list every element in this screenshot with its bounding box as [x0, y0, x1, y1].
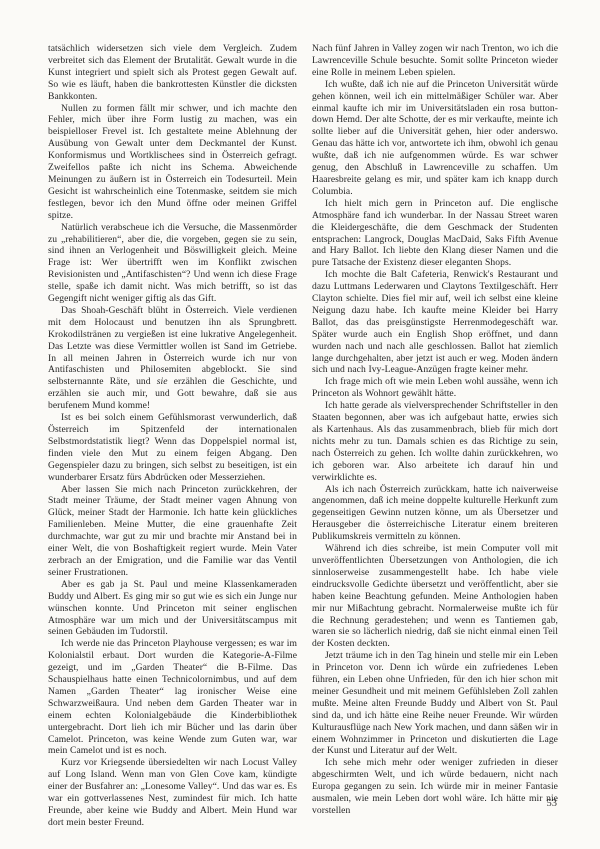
paragraph: Ich wußte, daß ich nie auf die Princeton… — [312, 79, 558, 198]
paragraph: Ich frage mich oft wie mein Leben wohl a… — [312, 376, 558, 400]
paragraph: Kurz vor Kriegsende übersiedelten wir na… — [48, 757, 297, 828]
left-column: tatsächlich widersetzen sich viele dem V… — [48, 43, 297, 829]
paragraph: Während ich dies schreibe, ist mein Comp… — [312, 543, 558, 650]
book-page: tatsächlich widersetzen sich viele dem V… — [0, 0, 600, 849]
paragraph: Ich hatte gerade als vielversprechender … — [312, 400, 558, 483]
right-column: Nach fünf Jahren in Valley zogen wir nac… — [312, 43, 558, 817]
paragraph: Als ich nach Österreich zurückkam, hatte… — [312, 484, 558, 544]
paragraph: Nach fünf Jahren in Valley zogen wir nac… — [312, 43, 558, 79]
paragraph: tatsächlich widersetzen sich viele dem V… — [48, 43, 297, 103]
paragraph: Das Shoah-Geschäft blüht in Österreich. … — [48, 305, 297, 412]
paragraph: Aber lassen Sie mich nach Princeton zurü… — [48, 484, 297, 579]
paragraph: Jetzt träume ich in den Tag hinein und s… — [312, 650, 558, 757]
paragraph: Natürlich verabscheue ich die Versuche, … — [48, 222, 297, 305]
paragraph: Ich werde nie das Princeton Playhouse ve… — [48, 638, 297, 757]
paragraph: Ich hielt mich gern in Princeton auf. Di… — [312, 198, 558, 269]
text-run: Das Shoah-Geschäft blüht in Österreich. … — [48, 305, 297, 387]
paragraph: Ich mochte die Balt Cafeteria, Renwick's… — [312, 269, 558, 376]
paragraph: Ist es bei solch einem Gefühlsmorast ver… — [48, 412, 297, 483]
paragraph: Aber es gab ja St. Paul und meine Klasse… — [48, 579, 297, 639]
paragraph: Nullen zu formen fällt mir schwer, und i… — [48, 103, 297, 222]
page-number: 53 — [520, 798, 557, 809]
italic-text-run: sie — [157, 376, 168, 387]
